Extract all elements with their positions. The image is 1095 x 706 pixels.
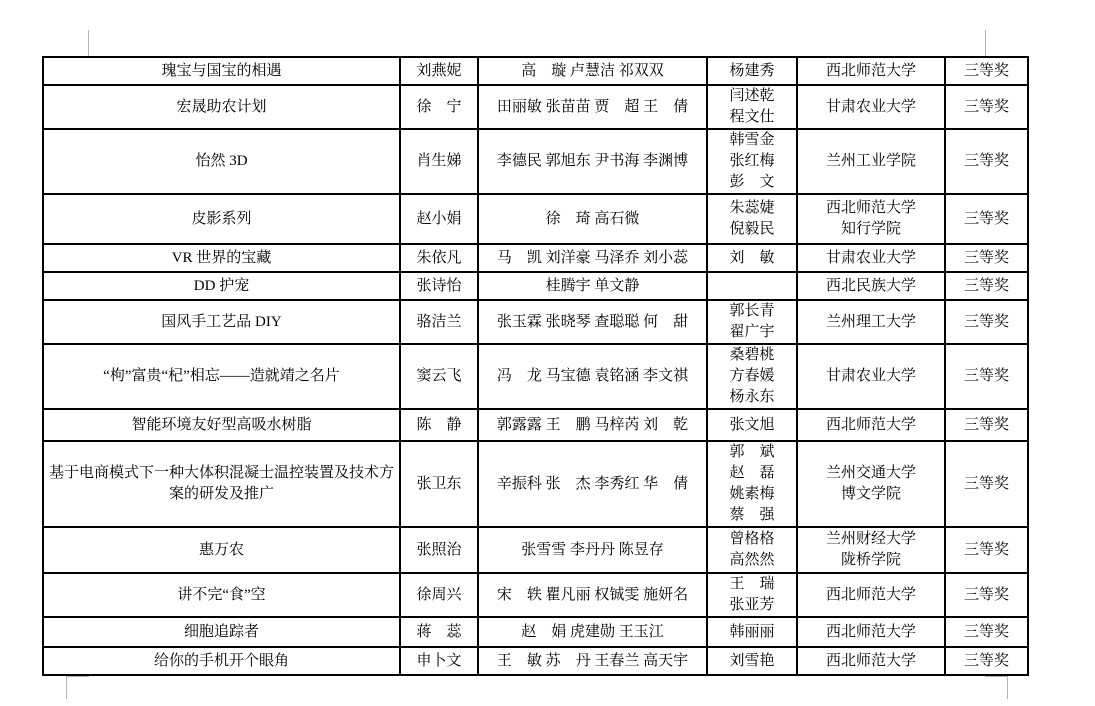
cell-award[interactable]: 三等奖 bbox=[945, 617, 1028, 647]
cell-project[interactable]: 基于电商模式下一种大体积混凝士温控装置及技术方案的研发及推广 bbox=[43, 441, 400, 527]
cell-university[interactable]: 西北师范大学 bbox=[797, 573, 945, 617]
cell-leader[interactable]: 徐 宁 bbox=[400, 85, 478, 129]
table-row: 瑰宝与国宝的相遇刘燕妮高 璇 卢慧洁 祁双双杨建秀西北师范大学三等奖 bbox=[43, 57, 1028, 85]
cell-university[interactable]: 兰州交通大学 博文学院 bbox=[797, 441, 945, 527]
cell-members[interactable]: 李德民 郭旭东 尹书海 李渊博 bbox=[478, 129, 707, 194]
cell-advisors[interactable]: 王 瑞 张亚芳 bbox=[707, 573, 797, 617]
cell-project[interactable]: DD 护宠 bbox=[43, 272, 400, 300]
cell-leader[interactable]: 肖生娣 bbox=[400, 129, 478, 194]
cell-members[interactable]: 宋 轶 瞿凡丽 权铖雯 施妍名 bbox=[478, 573, 707, 617]
cell-university[interactable]: 西北师范大学 bbox=[797, 647, 945, 675]
table-row: 宏晟助农计划徐 宁田丽敏 张苗苗 贾 超 王 倩闫述乾 程文仕甘肃农业大学三等奖 bbox=[43, 85, 1028, 129]
cell-project[interactable]: 给你的手机开个眼角 bbox=[43, 647, 400, 675]
cell-leader[interactable]: 申卜文 bbox=[400, 647, 478, 675]
crop-mark-top-right bbox=[985, 30, 986, 56]
cell-advisors[interactable]: 韩丽丽 bbox=[707, 617, 797, 647]
cell-leader[interactable]: 张卫东 bbox=[400, 441, 478, 527]
table-row: VR 世界的宝藏朱依凡马 凯 刘洋豪 马泽乔 刘小蕊刘 敏甘肃农业大学三等奖 bbox=[43, 244, 1028, 272]
cell-advisors[interactable]: 韩雪金 张红梅 彭 文 bbox=[707, 129, 797, 194]
cell-award[interactable]: 三等奖 bbox=[945, 409, 1028, 441]
table-row: 讲不完“食”空徐周兴宋 轶 瞿凡丽 权铖雯 施妍名王 瑞 张亚芳西北师范大学三等… bbox=[43, 573, 1028, 617]
cell-project[interactable]: 讲不完“食”空 bbox=[43, 573, 400, 617]
cell-members[interactable]: 郭露露 王 鹏 马梓芮 刘 乾 bbox=[478, 409, 707, 441]
cell-members[interactable]: 冯 龙 马宝德 袁铭涵 李文祺 bbox=[478, 344, 707, 409]
cell-leader[interactable]: 张照治 bbox=[400, 527, 478, 573]
cell-members[interactable]: 王 敏 苏 丹 王春兰 高天宇 bbox=[478, 647, 707, 675]
cell-university[interactable]: 兰州财经大学 陇桥学院 bbox=[797, 527, 945, 573]
table-row: 怡然 3D肖生娣李德民 郭旭东 尹书海 李渊博韩雪金 张红梅 彭 文兰州工业学院… bbox=[43, 129, 1028, 194]
cell-project[interactable]: 皮影系列 bbox=[43, 194, 400, 244]
cell-award[interactable]: 三等奖 bbox=[945, 129, 1028, 194]
cell-advisors[interactable] bbox=[707, 272, 797, 300]
cell-university[interactable]: 西北师范大学 bbox=[797, 409, 945, 441]
cell-advisors[interactable]: 刘 敏 bbox=[707, 244, 797, 272]
cell-members[interactable]: 辛振科 张 杰 李秀红 华 倩 bbox=[478, 441, 707, 527]
cell-award[interactable]: 三等奖 bbox=[945, 441, 1028, 527]
cell-leader[interactable]: 窦云飞 bbox=[400, 344, 478, 409]
cell-project[interactable]: 细胞追踪者 bbox=[43, 617, 400, 647]
cell-members[interactable]: 徐 琦 高石微 bbox=[478, 194, 707, 244]
cell-advisors[interactable]: 闫述乾 程文仕 bbox=[707, 85, 797, 129]
cell-leader[interactable]: 朱依凡 bbox=[400, 244, 478, 272]
cell-award[interactable]: 三等奖 bbox=[945, 244, 1028, 272]
crop-mark-top-left bbox=[88, 30, 89, 56]
cell-university[interactable]: 西北民族大学 bbox=[797, 272, 945, 300]
cell-award[interactable]: 三等奖 bbox=[945, 573, 1028, 617]
cell-project[interactable]: 怡然 3D bbox=[43, 129, 400, 194]
table-row: 国风手工艺品 DIY骆洁兰张玉霖 张晓琴 查聪聪 何 甜郭长青 翟广宇兰州理工大… bbox=[43, 300, 1028, 344]
cell-project[interactable]: 国风手工艺品 DIY bbox=[43, 300, 400, 344]
cell-project[interactable]: VR 世界的宝藏 bbox=[43, 244, 400, 272]
cell-university[interactable]: 西北师范大学 知行学院 bbox=[797, 194, 945, 244]
cell-project[interactable]: 惠万农 bbox=[43, 527, 400, 573]
cell-advisors[interactable]: 朱蕊婕 倪毅民 bbox=[707, 194, 797, 244]
cell-members[interactable]: 桂腾宇 单文静 bbox=[478, 272, 707, 300]
table-row: 皮影系列赵小娟徐 琦 高石微朱蕊婕 倪毅民西北师范大学 知行学院三等奖 bbox=[43, 194, 1028, 244]
cell-leader[interactable]: 刘燕妮 bbox=[400, 57, 478, 85]
award-table: 瑰宝与国宝的相遇刘燕妮高 璇 卢慧洁 祁双双杨建秀西北师范大学三等奖宏晟助农计划… bbox=[42, 56, 1029, 676]
cell-advisors[interactable]: 张文旭 bbox=[707, 409, 797, 441]
cell-members[interactable]: 高 璇 卢慧洁 祁双双 bbox=[478, 57, 707, 85]
cell-project[interactable]: 宏晟助农计划 bbox=[43, 85, 400, 129]
cell-award[interactable]: 三等奖 bbox=[945, 194, 1028, 244]
cell-university[interactable]: 甘肃农业大学 bbox=[797, 344, 945, 409]
cell-project[interactable]: 智能环境友好型高吸水树脂 bbox=[43, 409, 400, 441]
cell-project[interactable]: 瑰宝与国宝的相遇 bbox=[43, 57, 400, 85]
cell-members[interactable]: 赵 娟 虎建勋 王玉江 bbox=[478, 617, 707, 647]
cell-award[interactable]: 三等奖 bbox=[945, 344, 1028, 409]
cell-advisors[interactable]: 曾格格 高然然 bbox=[707, 527, 797, 573]
cell-advisors[interactable]: 桑碧桃 方春媛 杨永东 bbox=[707, 344, 797, 409]
cell-university[interactable]: 兰州理工大学 bbox=[797, 300, 945, 344]
cell-award[interactable]: 三等奖 bbox=[945, 272, 1028, 300]
cell-members[interactable]: 张雪雪 李丹丹 陈昱存 bbox=[478, 527, 707, 573]
cell-advisors[interactable]: 杨建秀 bbox=[707, 57, 797, 85]
cell-leader[interactable]: 徐周兴 bbox=[400, 573, 478, 617]
table-row: “枸”富贵“杞”相忘——造就靖之名片窦云飞冯 龙 马宝德 袁铭涵 李文祺桑碧桃 … bbox=[43, 344, 1028, 409]
cell-award[interactable]: 三等奖 bbox=[945, 57, 1028, 85]
cell-leader[interactable]: 蒋 蕊 bbox=[400, 617, 478, 647]
cell-award[interactable]: 三等奖 bbox=[945, 647, 1028, 675]
cell-award[interactable]: 三等奖 bbox=[945, 527, 1028, 573]
cell-leader[interactable]: 骆洁兰 bbox=[400, 300, 478, 344]
cell-project[interactable]: “枸”富贵“杞”相忘——造就靖之名片 bbox=[43, 344, 400, 409]
cell-advisors[interactable]: 刘雪艳 bbox=[707, 647, 797, 675]
table-row: 智能环境友好型高吸水树脂陈 静郭露露 王 鹏 马梓芮 刘 乾张文旭西北师范大学三… bbox=[43, 409, 1028, 441]
table-row: 基于电商模式下一种大体积混凝士温控装置及技术方案的研发及推广张卫东辛振科 张 杰… bbox=[43, 441, 1028, 527]
cell-members[interactable]: 张玉霖 张晓琴 查聪聪 何 甜 bbox=[478, 300, 707, 344]
cell-university[interactable]: 西北师范大学 bbox=[797, 617, 945, 647]
cell-leader[interactable]: 陈 静 bbox=[400, 409, 478, 441]
cell-university[interactable]: 甘肃农业大学 bbox=[797, 85, 945, 129]
cell-members[interactable]: 田丽敏 张苗苗 贾 超 王 倩 bbox=[478, 85, 707, 129]
table-row: 惠万农张照治张雪雪 李丹丹 陈昱存曾格格 高然然兰州财经大学 陇桥学院三等奖 bbox=[43, 527, 1028, 573]
cell-university[interactable]: 甘肃农业大学 bbox=[797, 244, 945, 272]
cell-award[interactable]: 三等奖 bbox=[945, 85, 1028, 129]
cell-advisors[interactable]: 郭长青 翟广宇 bbox=[707, 300, 797, 344]
cell-leader[interactable]: 张诗怡 bbox=[400, 272, 478, 300]
cell-members[interactable]: 马 凯 刘洋豪 马泽乔 刘小蕊 bbox=[478, 244, 707, 272]
crop-mark-bottom-left bbox=[66, 676, 89, 699]
table-row: 给你的手机开个眼角申卜文王 敏 苏 丹 王春兰 高天宇刘雪艳西北师范大学三等奖 bbox=[43, 647, 1028, 675]
table-row: 细胞追踪者蒋 蕊赵 娟 虎建勋 王玉江韩丽丽西北师范大学三等奖 bbox=[43, 617, 1028, 647]
crop-mark-bottom-right bbox=[985, 676, 1008, 699]
cell-university[interactable]: 西北师范大学 bbox=[797, 57, 945, 85]
cell-university[interactable]: 兰州工业学院 bbox=[797, 129, 945, 194]
cell-leader[interactable]: 赵小娟 bbox=[400, 194, 478, 244]
cell-advisors[interactable]: 郭 斌 赵 磊 姚素梅 蔡 强 bbox=[707, 441, 797, 527]
document-page: 瑰宝与国宝的相遇刘燕妮高 璇 卢慧洁 祁双双杨建秀西北师范大学三等奖宏晟助农计划… bbox=[0, 0, 1095, 706]
table-row: DD 护宠张诗怡桂腾宇 单文静西北民族大学三等奖 bbox=[43, 272, 1028, 300]
cell-award[interactable]: 三等奖 bbox=[945, 300, 1028, 344]
